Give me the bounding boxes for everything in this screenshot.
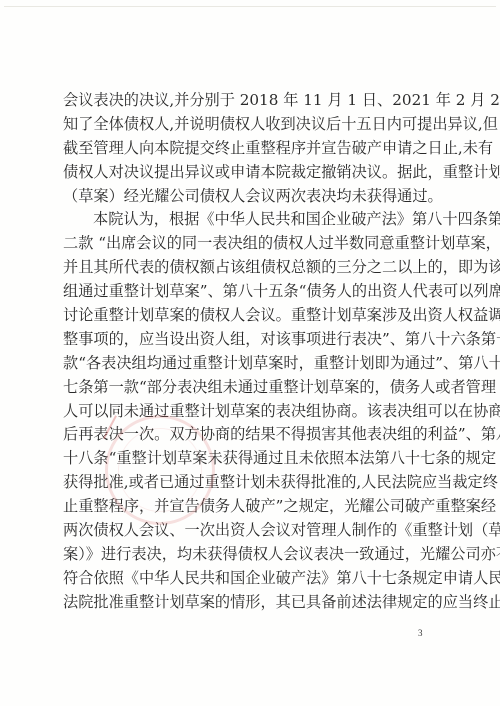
text-line: 七条第一款“部分表决组未通过重整计划草案的，债务人或者管理: [63, 376, 433, 400]
body-text: 会议表决的决议,并分别于 2018 年 11 月 1 日、2021 年 2 月 …: [63, 89, 433, 615]
text-line: 法院批准重整计划草案的情形，其已具备前述法律规定的应当终止: [63, 591, 433, 615]
paragraph-start-line: 本院认为，根据《中华人民共和国企业破产法》第八十四条第: [63, 208, 433, 232]
text-line: 二款 “出席会议的同一表决组的债权人过半数同意重整计划草案，: [63, 232, 433, 256]
text-line: 债权人对决议提出异议或申请本院裁定撤销决议。据此，重整计划: [63, 161, 433, 185]
text-line: 组通过重整计划草案”、第八十五条“债务人的出资人代表可以列席: [63, 280, 433, 304]
text-line: 讨论重整计划草案的债权人会议。重整计划草案涉及出资人权益调: [63, 304, 433, 328]
document-page: 会议表决的决议,并分别于 2018 年 11 月 1 日、2021 年 2 月 …: [0, 0, 500, 706]
text-line: 截至管理人向本院提交终止重整程序并宣告破产申请之日止,未有: [63, 137, 433, 161]
text-line: 符合依照《中华人民共和国企业破产法》第八十七条规定申请人民: [63, 567, 433, 591]
text-line: 款“各表决组均通过重整计划草案时，重整计划即为通过”、第八十: [63, 352, 433, 376]
page-number: 3: [418, 628, 423, 638]
text-line: 整事项的，应当设出资人组，对该事项进行表决”、第八十六条第一: [63, 328, 433, 352]
text-line: 两次债权人会议、一次出资人会议对管理人制作的《重整计划（草: [63, 519, 433, 543]
text-line: 止重整程序，并宣告债务人破产”之规定，光耀公司破产重整案经: [63, 495, 433, 519]
scan-edge-line: [4, 6, 496, 7]
text-line: 会议表决的决议,并分别于 2018 年 11 月 1 日、2021 年 2 月 …: [63, 89, 433, 113]
text-line: 案）》进行表决，均未获得债权人会议表决一致通过，光耀公司亦不: [63, 543, 433, 567]
text-line: 获得批准,或者已通过重整计划未获得批准的,人民法院应当裁定终: [63, 471, 433, 495]
text-line: 并且其所代表的债权额占该组债权总额的三分之二以上的，即为该: [63, 256, 433, 280]
text-line: 知了全体债权人,并说明债权人收到决议后十五日内可提出异议,但: [63, 113, 433, 137]
text-line: （草案）经光耀公司债权人会议两次表决均未获得通过。: [63, 185, 433, 209]
text-line: 十八条“重整计划草案未获得通过且未依照本法第八十七条的规定: [63, 447, 433, 471]
